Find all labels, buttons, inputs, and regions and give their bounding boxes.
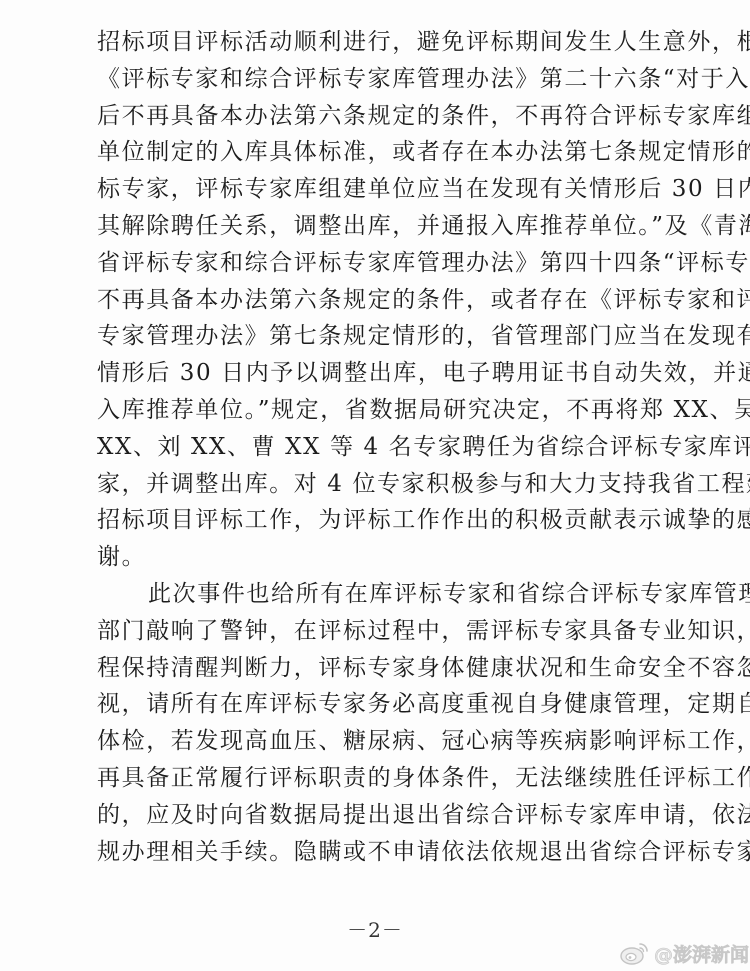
text-line: 家，并调整出库。对 4 位专家积极参与和大力支持我省工程建设 [97, 466, 663, 503]
text-line: 此次事件也给所有在库评标专家和省综合评标专家库管理 [97, 576, 663, 613]
text-line: 规办理相关手续。隐瞒或不申请依法依规退出省综合评标专家 [97, 834, 663, 871]
weibo-icon [620, 940, 650, 966]
text-line: 标专家，评标专家库组建单位应当在发现有关情形后 30 日内与 [97, 171, 663, 208]
text-line: 单位制定的入库具体标准，或者存在本办法第七条规定情形的评 [97, 134, 663, 171]
text-line: 招标项目评标工作，为评标工作作出的积极贡献表示诚挚的感 [97, 502, 663, 539]
document-page: 招标项目评标活动顺利进行，避免评标期间发生人生意外，根据 《评标专家和综合评标专… [0, 0, 750, 971]
text-line: 程保持清醒判断力，评标专家身体健康状况和生命安全不容忽 [97, 650, 663, 687]
text-line: 《评标专家和综合评标专家库管理办法》第二十六条“对于入库 [97, 61, 663, 98]
text-line: 后不再具备本办法第六条规定的条件，不再符合评标专家库组建 [97, 98, 663, 135]
watermark: @澎湃新闻 [620, 939, 749, 967]
text-line: 视，请所有在库评标专家务必高度重视自身健康管理，定期自行 [97, 686, 663, 723]
text-line: 其解除聘任关系，调整出库，并通报入库推荐单位。”及《青海 [97, 208, 663, 245]
text-line: 体检，若发现高血压、糖尿病、冠心病等疾病影响评标工作，不 [97, 723, 663, 760]
document-body: 招标项目评标活动顺利进行，避免评标期间发生人生意外，根据 《评标专家和综合评标专… [97, 24, 663, 870]
text-line: 再具备正常履行评标职责的身体条件，无法继续胜任评标工作 [97, 760, 663, 797]
text-line: 情形后 30 日内予以调整出库，电子聘用证书自动失效，并通报 [97, 355, 663, 392]
paragraph-1: 招标项目评标活动顺利进行，避免评标期间发生人生意外，根据 《评标专家和综合评标专… [97, 24, 663, 576]
text-line: 不再具备本办法第六条规定的条件，或者存在《评标专家和评标 [97, 282, 663, 319]
watermark-text: @澎湃新闻 [654, 940, 749, 967]
text-line: 的，应及时向省数据局提出退出省综合评标专家库申请，依法依 [97, 797, 663, 834]
text-line: 入库推荐单位。”规定，省数据局研究决定，不再将郑 XX、吴 [97, 392, 663, 429]
text-line: 省评标专家和综合评标专家库管理办法》第四十四条“评标专家 [97, 245, 663, 282]
text-line: 招标项目评标活动顺利进行，避免评标期间发生人生意外，根据 [97, 24, 663, 61]
text-line: 部门敲响了警钟，在评标过程中，需评标专家具备专业知识，全 [97, 613, 663, 650]
text-line: 谢。 [97, 539, 663, 576]
paragraph-2: 此次事件也给所有在库评标专家和省综合评标专家库管理 部门敲响了警钟，在评标过程中… [97, 576, 663, 870]
text-line: XX、刘 XX、曹 XX 等 4 名专家聘任为省综合评标专家库评标专 [97, 429, 663, 466]
text-line: 专家管理办法》第七条规定情形的，省管理部门应当在发现有关 [97, 318, 663, 355]
